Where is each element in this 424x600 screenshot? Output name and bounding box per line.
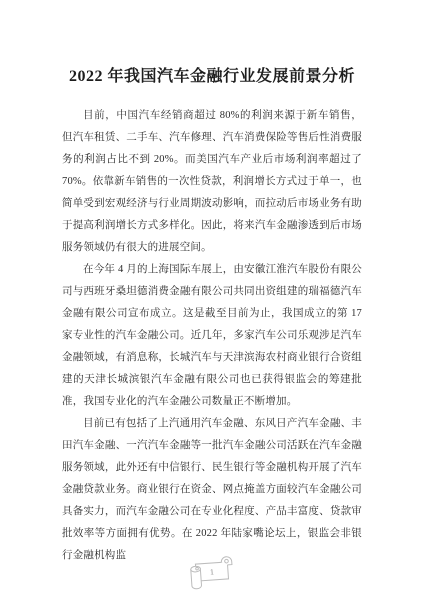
scroll-page-number-icon: 1: [187, 551, 238, 592]
document-body: 目前，中国汽车经销商超过 80%的利润来源于新车销售，但汽车租赁、二手车、汽车修…: [62, 105, 362, 567]
document-title: 2022 年我国汽车金融行业发展前景分析: [0, 64, 424, 90]
paragraph-2: 在今年 4 月的上海国际车展上，由安徽江淮汽车股份有限公司与西班牙桑坦德消费金融…: [62, 259, 362, 413]
page-number: 1: [210, 567, 215, 576]
paragraph-1: 目前，中国汽车经销商超过 80%的利润来源于新车销售，但汽车租赁、二手车、汽车修…: [62, 105, 362, 259]
document-page: 2022 年我国汽车金融行业发展前景分析 目前，中国汽车经销商超过 80%的利润…: [0, 0, 424, 600]
page-footer: 1: [0, 553, 424, 591]
paragraph-3: 目前已有包括了上汽通用汽车金融、东风日产汽车金融、丰田汽车金融、一汽汽车金融等一…: [62, 413, 362, 567]
